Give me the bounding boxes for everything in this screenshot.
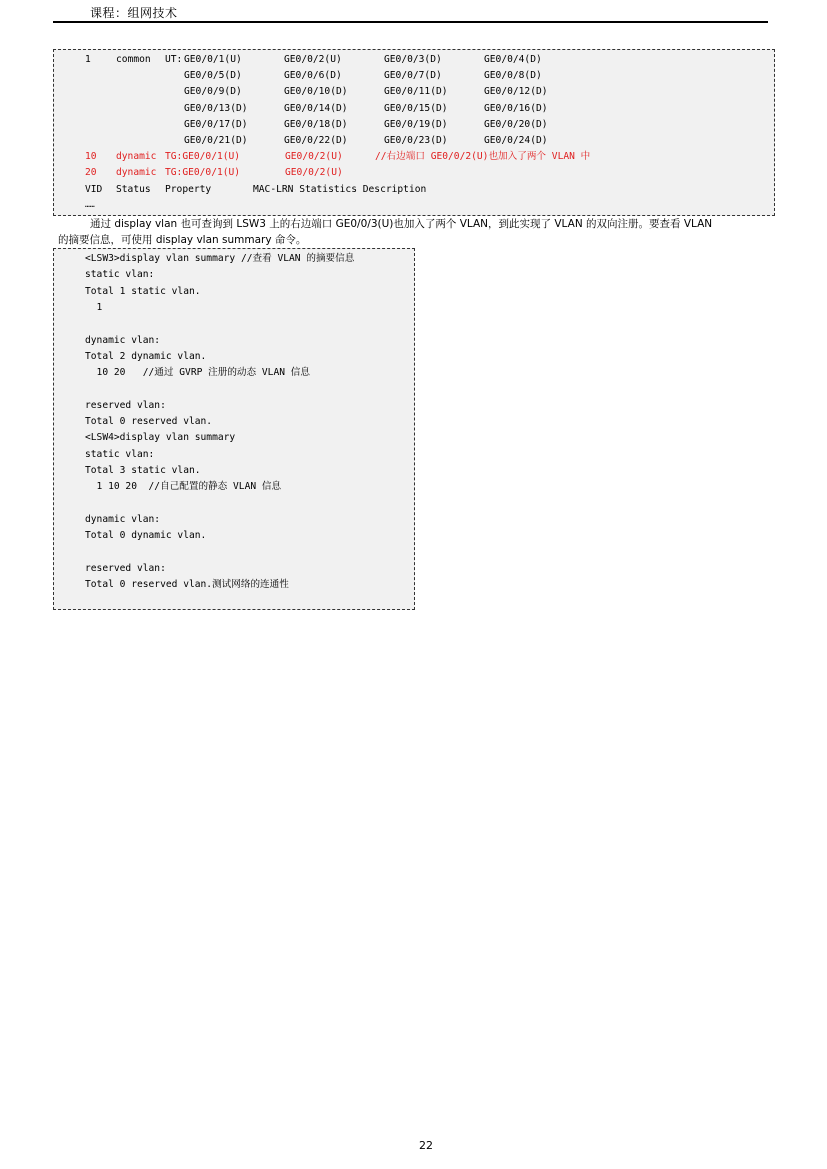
vlan1-port: GE0/0/8(D) <box>484 68 542 84</box>
summary-line: 10 20 //通过 GVRP 注册的动态 VLAN 信息 <box>85 365 310 381</box>
vlan1-port: GE0/0/14(D) <box>284 101 348 117</box>
vlan1-port: GE0/0/24(D) <box>484 133 548 149</box>
vlan20-vid: 20 <box>85 165 97 181</box>
column-vid: VID <box>85 182 102 198</box>
vlan1-port: GE0/0/5(D) <box>184 68 242 84</box>
summary-line: dynamic vlan: <box>85 333 160 349</box>
vlan1-port: GE0/0/4(D) <box>484 52 542 68</box>
vlan1-vid: 1 <box>85 52 91 68</box>
vlan1-port: GE0/0/19(D) <box>384 117 448 133</box>
summary-line: Total 0 reserved vlan. <box>85 414 212 430</box>
vlan1-port: GE0/0/16(D) <box>484 101 548 117</box>
explanation-paragraph-line-2: 的摘要信息，可使用 display vlan summary 命令。 <box>58 232 306 248</box>
vlan1-port: GE0/0/12(D) <box>484 84 548 100</box>
column-property: Property <box>165 182 211 198</box>
column-status: Status <box>116 182 151 198</box>
vlan10-status: dynamic <box>116 149 156 165</box>
vlan10-comment: //右边端口 GE0/0/2(U)也加入了两个 VLAN 中 <box>375 149 590 165</box>
summary-line: Total 0 dynamic vlan. <box>85 528 206 544</box>
page-number: 22 <box>0 1139 827 1152</box>
summary-line: reserved vlan: <box>85 561 166 577</box>
summary-line: <LSW3>display vlan summary //查看 VLAN 的摘要… <box>85 251 354 267</box>
vlan1-prefix: UT: <box>165 52 182 68</box>
summary-line: Total 3 static vlan. <box>85 463 201 479</box>
vlan20-status: dynamic <box>116 165 156 181</box>
vlan1-port: GE0/0/3(D) <box>384 52 442 68</box>
vlan10-vid: 10 <box>85 149 97 165</box>
vlan1-port: GE0/0/9(D) <box>184 84 242 100</box>
vlan1-port: GE0/0/23(D) <box>384 133 448 149</box>
course-header-title: 课程：组网技术 <box>90 4 178 21</box>
vlan-table-code-block: 1 common UT: GE0/0/1(U)GE0/0/2(U)GE0/0/3… <box>53 49 775 216</box>
vlan1-port: GE0/0/18(D) <box>284 117 348 133</box>
vlan1-port: GE0/0/10(D) <box>284 84 348 100</box>
summary-line: dynamic vlan: <box>85 512 160 528</box>
header-divider <box>53 21 768 23</box>
summary-line: 1 10 20 //自己配置的静态 VLAN 信息 <box>85 479 281 495</box>
summary-line: 1 <box>85 300 102 316</box>
summary-line: static vlan: <box>85 267 154 283</box>
vlan10-port-1: TG:GE0/0/1(U) <box>165 149 240 165</box>
ellipsis: …… <box>85 197 95 213</box>
vlan10-port-2: GE0/0/2(U) <box>285 149 343 165</box>
vlan-summary-code-block: <LSW3>display vlan summary //查看 VLAN 的摘要… <box>53 248 415 610</box>
vlan1-port: GE0/0/20(D) <box>484 117 548 133</box>
vlan20-port-1: TG:GE0/0/1(U) <box>165 165 240 181</box>
vlan1-port: GE0/0/21(D) <box>184 133 248 149</box>
vlan1-status: common <box>116 52 151 68</box>
summary-line: Total 2 dynamic vlan. <box>85 349 206 365</box>
summary-line: Total 1 static vlan. <box>85 284 201 300</box>
vlan1-port: GE0/0/1(U) <box>184 52 242 68</box>
vlan1-port: GE0/0/22(D) <box>284 133 348 149</box>
column-rest: MAC-LRN Statistics Description <box>253 182 426 198</box>
vlan1-port: GE0/0/13(D) <box>184 101 248 117</box>
summary-line: <LSW4>display vlan summary <box>85 430 235 446</box>
explanation-paragraph-line-1: 通过 display vlan 也可查询到 LSW3 上的右边端口 GE0/0/… <box>90 216 712 232</box>
vlan1-port: GE0/0/17(D) <box>184 117 248 133</box>
summary-line: static vlan: <box>85 447 154 463</box>
vlan1-port: GE0/0/15(D) <box>384 101 448 117</box>
vlan1-port: GE0/0/11(D) <box>384 84 448 100</box>
vlan1-port: GE0/0/6(D) <box>284 68 342 84</box>
vlan1-port: GE0/0/2(U) <box>284 52 342 68</box>
vlan1-port: GE0/0/7(D) <box>384 68 442 84</box>
vlan20-port-2: GE0/0/2(U) <box>285 165 343 181</box>
summary-line: Total 0 reserved vlan.测试网络的连通性 <box>85 577 289 593</box>
summary-line: reserved vlan: <box>85 398 166 414</box>
